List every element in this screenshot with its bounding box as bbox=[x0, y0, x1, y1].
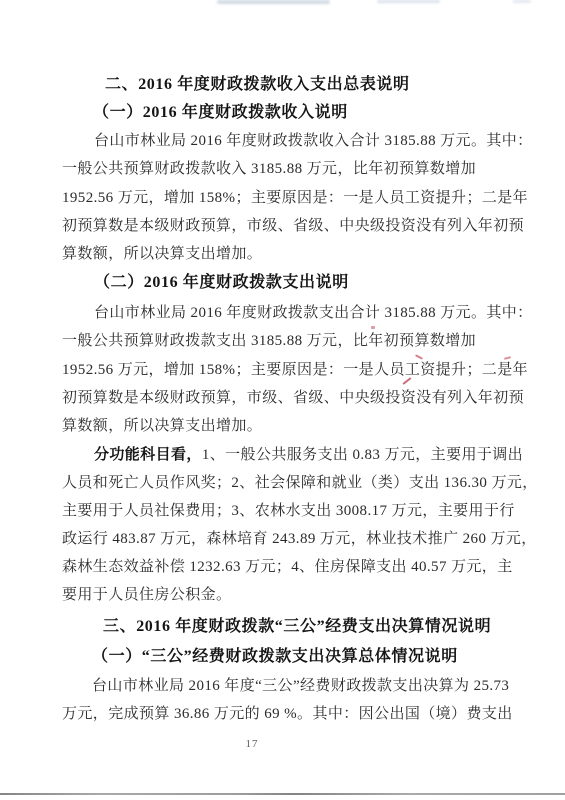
page-number: 17 bbox=[240, 738, 264, 750]
doc-line: 政运行 483.87 万元，森林培育 243.89 万元，林业技术推广 260 … bbox=[62, 529, 537, 550]
doc-line: 算数额，所以决算支出增加。 bbox=[62, 244, 262, 265]
doc-line: 万元，完成预算 36.86 万元的 69 %。其中：因公出国（境）费支出 bbox=[62, 704, 513, 725]
doc-line-text: 1、一般公共服务支出 0.83 万元，主要用于调出 bbox=[202, 447, 523, 463]
doc-line: 要用于人员住房公积金。 bbox=[62, 585, 231, 606]
subsection-2-2-heading: （二）2016 年度财政拨款支出说明 bbox=[94, 272, 349, 293]
doc-line: 1952.56 万元，增加 158%；主要原因是：一是人员工资提升；二是年 bbox=[62, 188, 528, 209]
functional-subject-lead-in: 分功能科目看， bbox=[94, 447, 202, 463]
scan-smudge bbox=[377, 0, 440, 3]
scan-edge-line bbox=[0, 793, 565, 795]
doc-line: 主要用于人员社保费用；3、农林水支出 3008.17 万元，主要用于行 bbox=[62, 501, 515, 522]
scan-smudge bbox=[513, 0, 531, 3]
doc-line: 一般公共预算财政拨款支出 3185.88 万元，比年初预算数增加 bbox=[62, 331, 476, 352]
subsection-3-1-heading: （一）“三公”经费财政拨款支出决算总体情况说明 bbox=[92, 646, 458, 667]
doc-line: 初预算数是本级财政预算，市级、省级、中央级投资没有列入年初预 bbox=[62, 388, 524, 409]
doc-line: 算数额，所以决算支出增加。 bbox=[62, 416, 262, 437]
doc-line: 分功能科目看，1、一般公共服务支出 0.83 万元，主要用于调出 bbox=[94, 445, 523, 466]
pen-mark bbox=[415, 354, 423, 360]
doc-line: 台山市林业局 2016 年度“三公”经费财政拨款支出决算为 25.73 bbox=[92, 676, 509, 697]
doc-line: 1952.56 万元，增加 158%；主要原因是：一是人员工资提升；二是年 bbox=[62, 360, 528, 381]
section2-heading: 二、2016 年度财政拨款收入支出总表说明 bbox=[105, 74, 410, 95]
scanned-page: 二、2016 年度财政拨款收入支出总表说明 （一）2016 年度财政拨款收入说明… bbox=[0, 0, 565, 800]
doc-line: 台山市林业局 2016 年度财政拨款支出合计 3185.88 万元。其中： bbox=[94, 303, 533, 324]
doc-line: 人员和死亡人员作风奖；2、社会保障和就业（类）支出 136.30 万元， bbox=[62, 473, 538, 494]
doc-line: 台山市林业局 2016 年度财政拨款收入合计 3185.88 万元。其中： bbox=[94, 131, 533, 152]
doc-line: 初预算数是本级财政预算，市级、省级、中央级投资没有列入年初预 bbox=[62, 216, 524, 237]
doc-line: 一般公共预算财政拨款收入 3185.88 万元，比年初预算数增加 bbox=[62, 159, 476, 180]
doc-line: 森林生态效益补偿 1232.63 万元；4、住房保障支出 40.57 万元，主 bbox=[62, 557, 513, 578]
pen-mark bbox=[371, 326, 375, 329]
subsection-2-1-heading: （一）2016 年度财政拨款收入说明 bbox=[93, 102, 348, 123]
section3-heading: 三、2016 年度财政拨款“三公”经费支出决算情况说明 bbox=[103, 616, 491, 637]
scan-smudge bbox=[217, 0, 330, 4]
